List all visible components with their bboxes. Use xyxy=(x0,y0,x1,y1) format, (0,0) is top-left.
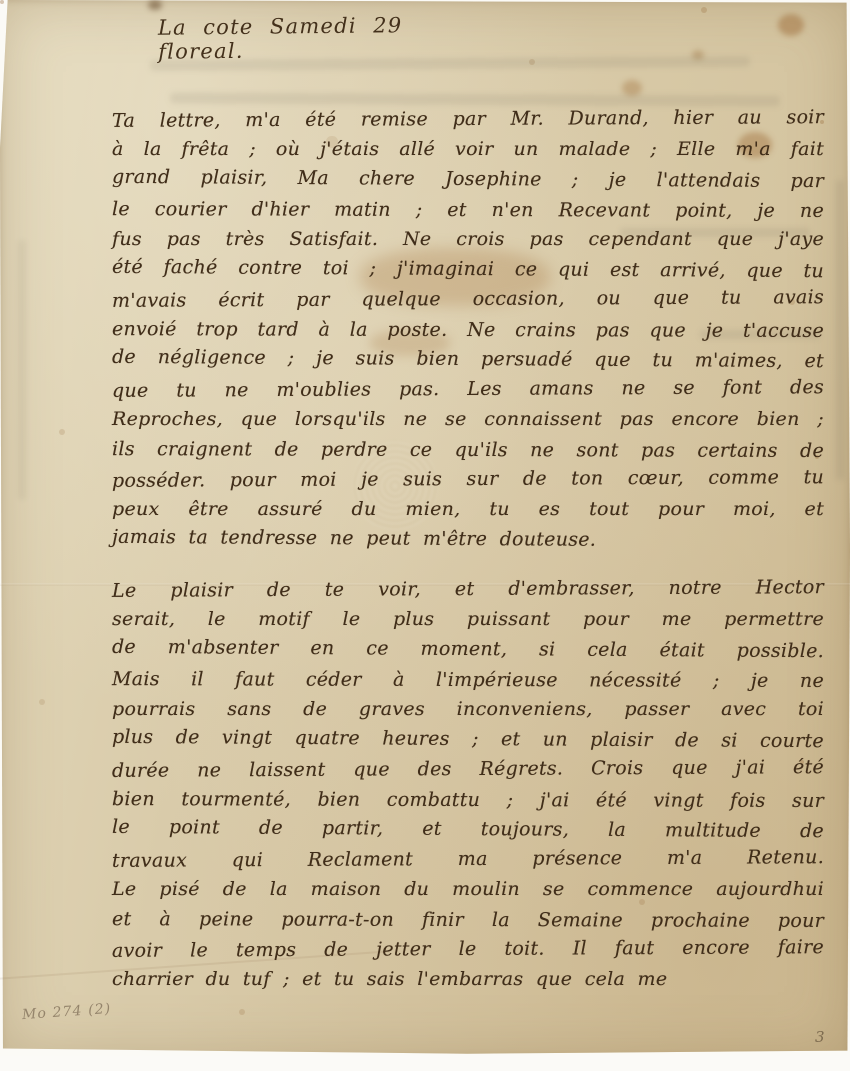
letter-body: Ta lettre, m'a été remise par Mr. Durand… xyxy=(112,104,824,1014)
manuscript-line: jamais ta tendresse ne peut m'être doute… xyxy=(112,522,824,556)
age-spot xyxy=(148,0,162,10)
foxing-spots xyxy=(0,0,4,4)
manuscript-line: Le pisé de la maison du moulin se commen… xyxy=(112,874,824,904)
manuscript-line: plus de vingt quatre heures ; et un plai… xyxy=(112,722,824,756)
manuscript-line: à la frêta ; où j'étais allé voir un mal… xyxy=(112,134,824,164)
manuscript-line: Reproches, que lorsqu'ils ne se connaiss… xyxy=(112,404,824,434)
manuscript-line: le point de partir, et toujours, la mult… xyxy=(112,812,824,846)
manuscript-line: charrier du tuf ; et tu sais l'embarras … xyxy=(112,964,824,994)
manuscript-line: le courier d'hier matin ; et n'en Receva… xyxy=(112,194,824,226)
manuscript-line: Le plaisir de te voir, et d'embrasser, n… xyxy=(112,572,824,606)
letter-paragraph: Ta lettre, m'a été remise par Mr. Durand… xyxy=(112,104,824,554)
manuscript-line: posséder. pour moi je suis sur de ton cœ… xyxy=(112,462,824,496)
manuscript-line: que tu ne m'oublies pas. Les amans ne se… xyxy=(112,372,824,406)
manuscript-line: de négligence ; je suis bien persuadé qu… xyxy=(112,342,824,376)
manuscript-line: grand plaisir, Ma chere Josephine ; je l… xyxy=(112,162,824,196)
manuscript-line: bien tourmenté, bien combattu ; j'ai été… xyxy=(112,784,824,816)
verso-show-through xyxy=(836,180,844,480)
manuscript-line: pourrais sans de graves inconveniens, pa… xyxy=(112,694,824,724)
manuscript-line: envoié trop tard à la poste. Ne crains p… xyxy=(112,314,824,346)
manuscript-line: de m'absenter en ce moment, si cela étai… xyxy=(112,632,824,666)
scan-backdrop-band xyxy=(0,1056,850,1071)
letter-paragraph: Le plaisir de te voir, et d'embrasser, n… xyxy=(112,574,824,994)
manuscript-line: fus pas très Satisfait. Ne crois pas cep… xyxy=(112,224,824,254)
manuscript-line: m'avais écrit par quelque occasion, ou q… xyxy=(112,282,824,316)
page-number: 3 xyxy=(815,1028,825,1046)
letter-dateline: La cote Samedi 29 floreal. xyxy=(158,12,488,63)
scanned-letter-page: { "colors": { "paper": "#d8cbaa", "ink":… xyxy=(0,0,850,1071)
manuscript-line: serait, le motif le plus puissant pour m… xyxy=(112,604,824,634)
manuscript-line: peux être assuré du mien, tu es tout pou… xyxy=(112,494,824,524)
manuscript-line: Mais il faut céder à l'impérieuse nécess… xyxy=(112,664,824,696)
manuscript-line: Ta lettre, m'a été remise par Mr. Durand… xyxy=(112,102,824,136)
manuscript-line: et à peine pourra-t-on finir la Semaine … xyxy=(112,904,824,936)
manuscript-line: travaux qui Reclament ma présence m'a Re… xyxy=(112,842,824,876)
manuscript-line: ils craignent de perdre ce qu'ils ne son… xyxy=(112,434,824,466)
verso-show-through xyxy=(18,240,26,500)
manuscript-line: durée ne laissent que des Régrets. Crois… xyxy=(112,752,824,786)
manuscript-line: avoir le temps de jetter le toit. Il fau… xyxy=(112,932,824,966)
age-spot xyxy=(778,14,804,36)
manuscript-line: été faché contre toi ; j'imaginai ce qui… xyxy=(112,252,824,286)
age-spot xyxy=(622,80,642,96)
